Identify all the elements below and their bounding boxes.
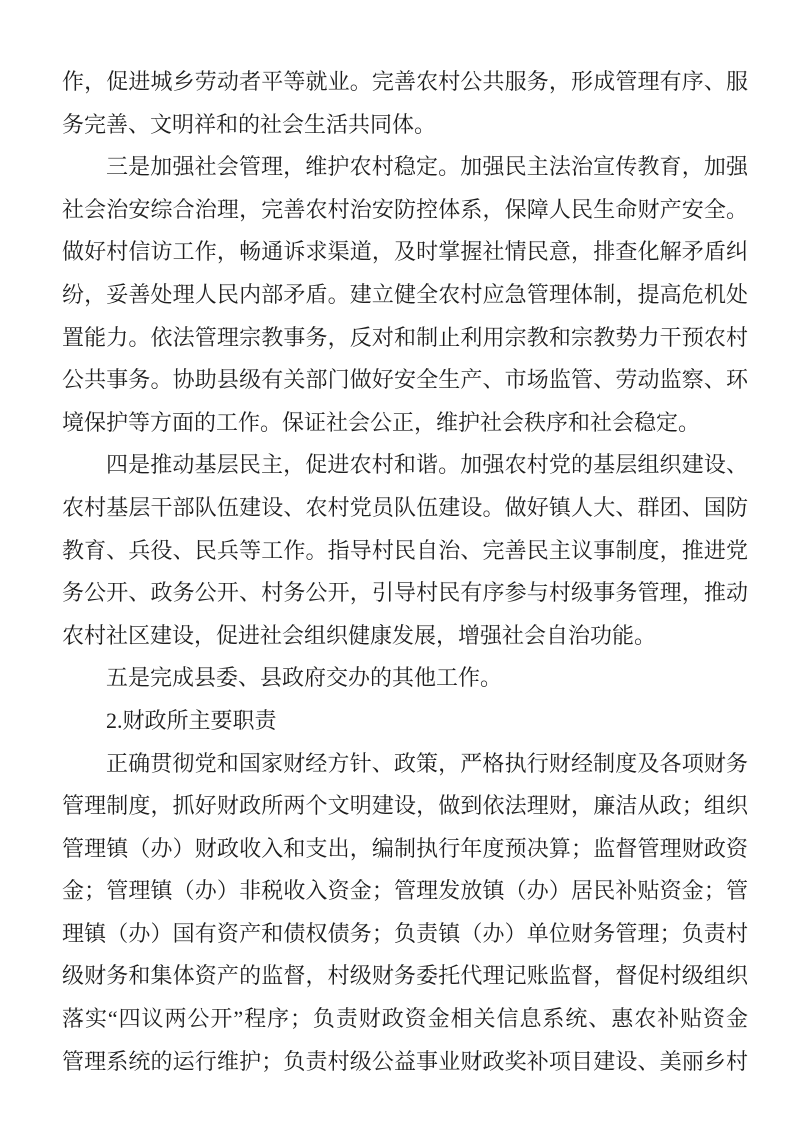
text-line: 正确贯彻党和国家财经方针、政策，严格执行财经制度及各项财务 [62,743,748,786]
text-line: 三是加强社会管理，维护农村稳定。加强民主法治宣传教育，加强 [62,146,748,189]
document-text: 作，促进城乡劳动者平等就业。完善农村公共服务，形成管理有序、服务完善、文明祥和的… [62,61,748,1083]
text-line: 社会治安综合治理，完善农村治安防控体系，保障人民生命财产安全。 [62,189,748,232]
paragraph: 正确贯彻党和国家财经方针、政策，严格执行财经制度及各项财务管理制度，抓好财政所两… [62,743,748,1084]
text-line: 做好村信访工作，畅通诉求渠道，及时掌握社情民意，排查化解矛盾纠 [62,231,748,274]
paragraph: 四是推动基层民主，促进农村和谐。加强农村党的基层组织建设、农村基层干部队伍建设、… [62,444,748,657]
text-line: 管理制度，抓好财政所两个文明建设，做到依法理财，廉洁从政；组织 [62,785,748,828]
text-line: 理镇（办）国有资产和债权债务；负责镇（办）单位财务管理；负责村 [62,913,748,956]
text-line: 公共事务。协助县级有关部门做好安全生产、市场监管、劳动监察、环 [62,359,748,402]
text-line: 落实“四议两公开”程序；负责财政资金相关信息系统、惠农补贴资金 [62,998,748,1041]
text-line: 作，促进城乡劳动者平等就业。完善农村公共服务，形成管理有序、服 [62,61,748,104]
text-line: 四是推动基层民主，促进农村和谐。加强农村党的基层组织建设、 [62,444,748,487]
text-line: 务公开、政务公开、村务公开，引导村民有序参与村级事务管理，推动 [62,572,748,615]
text-line: 置能力。依法管理宗教事务，反对和制止利用宗教和宗教势力干预农村 [62,317,748,360]
paragraph: 2.财政所主要职责 [62,700,748,743]
text-line: 级财务和集体资产的监督，村级财务委托代理记账监督，督促村级组织 [62,955,748,998]
paragraph: 作，促进城乡劳动者平等就业。完善农村公共服务，形成管理有序、服务完善、文明祥和的… [62,61,748,146]
text-line: 金；管理镇（办）非税收入资金；管理发放镇（办）居民补贴资金；管 [62,870,748,913]
text-line: 农村社区建设，促进社会组织健康发展，增强社会自治功能。 [62,615,748,658]
text-line: 管理镇（办）财政收入和支出，编制执行年度预决算；监督管理财政资 [62,828,748,871]
document-page: 作，促进城乡劳动者平等就业。完善农村公共服务，形成管理有序、服务完善、文明祥和的… [0,0,793,1122]
text-line: 教育、兵役、民兵等工作。指导村民自治、完善民主议事制度，推进党 [62,530,748,573]
text-line: 五是完成县委、县政府交办的其他工作。 [62,657,748,700]
text-line: 农村基层干部队伍建设、农村党员队伍建设。做好镇人大、群团、国防 [62,487,748,530]
paragraph: 三是加强社会管理，维护农村稳定。加强民主法治宣传教育，加强社会治安综合治理，完善… [62,146,748,444]
text-line: 纷，妥善处理人民内部矛盾。建立健全农村应急管理体制，提高危机处 [62,274,748,317]
text-line: 管理系统的运行维护；负责村级公益事业财政奖补项目建设、美丽乡村 [62,1041,748,1084]
text-line: 务完善、文明祥和的社会生活共同体。 [62,104,748,147]
text-line: 境保护等方面的工作。保证社会公正，维护社会秩序和社会稳定。 [62,402,748,445]
text-line: 2.财政所主要职责 [62,700,748,743]
paragraph: 五是完成县委、县政府交办的其他工作。 [62,657,748,700]
